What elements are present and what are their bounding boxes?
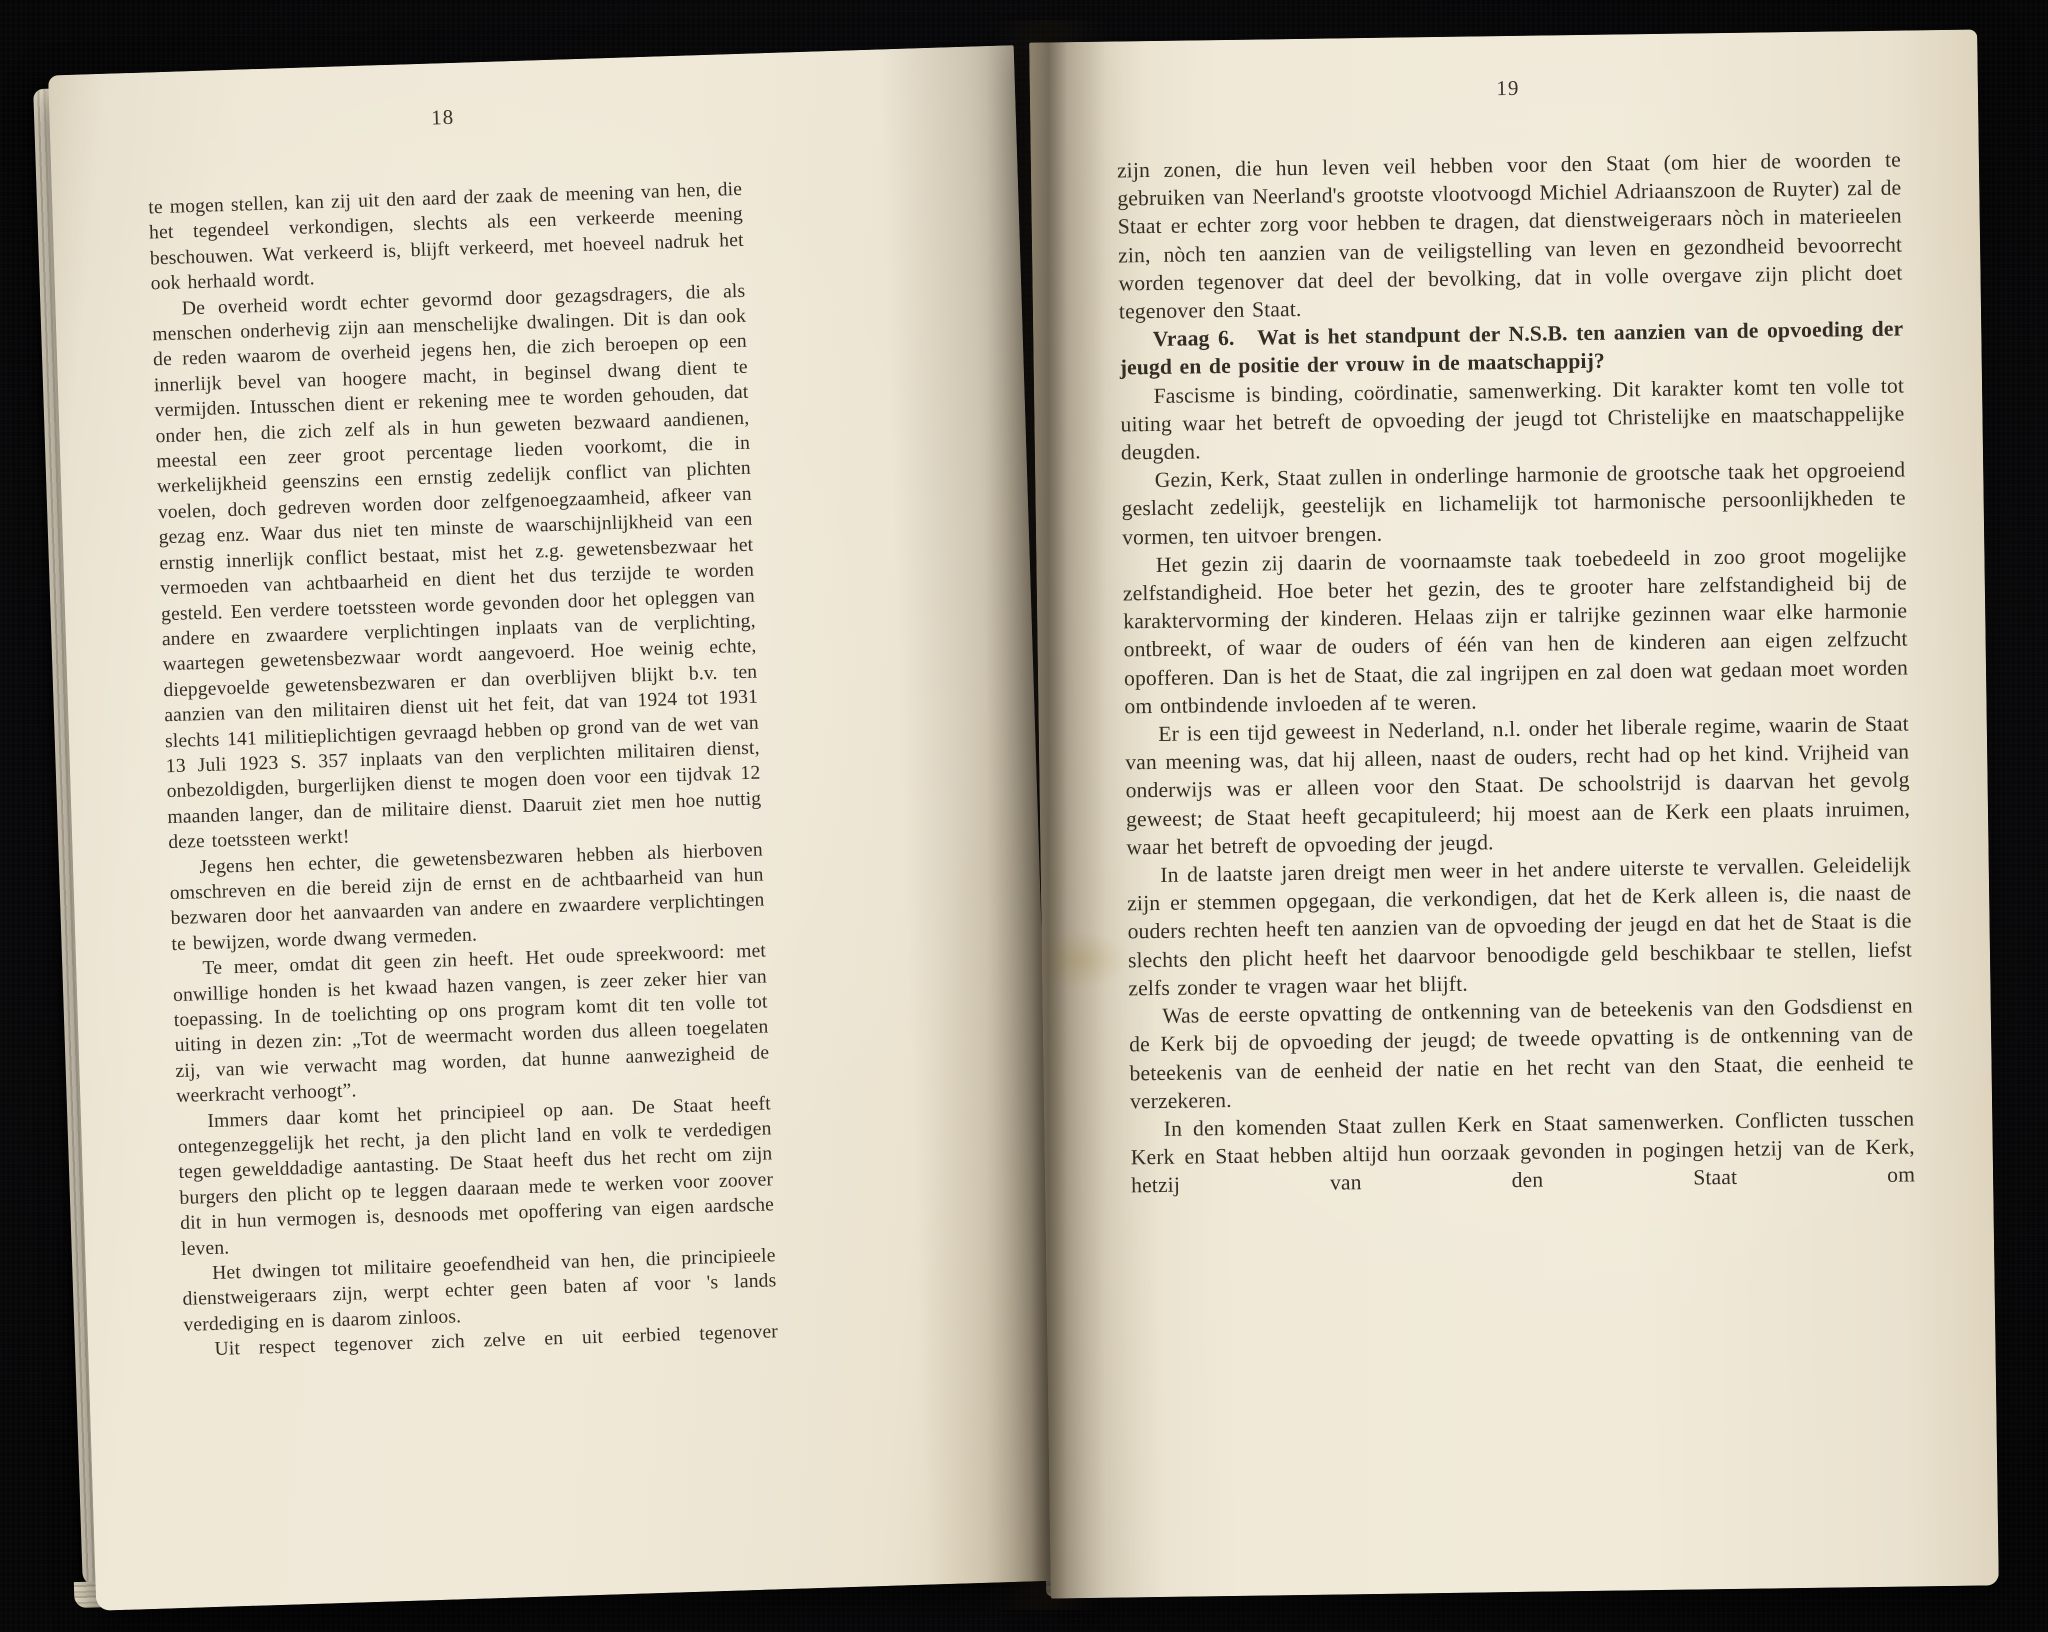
paragraph: In de laatste jaren dreigt men weer in h…	[1127, 851, 1913, 1003]
paragraph: Fascisme is binding, coördinatie, samenw…	[1120, 371, 1905, 467]
page-19: 19 zijn zonen, die hun leven veil hebben…	[1029, 29, 1999, 1598]
paragraph: Jegens hen echter, die gewetensbezwaren …	[169, 837, 766, 957]
paragraph: zijn zonen, die hun leven veil hebben vo…	[1117, 146, 1903, 326]
page-18: 18 te mogen stellen, kan zij uit den aar…	[48, 45, 1062, 1611]
question-number-label: Vraag 6.	[1153, 326, 1235, 351]
paragraph: te mogen stellen, kan zij uit den aard d…	[148, 177, 745, 297]
paragraph: Immers daar komt het principieel op aan.…	[177, 1091, 775, 1262]
page-18-text-column: te mogen stellen, kan zij uit den aard d…	[148, 177, 778, 1364]
paragraph: In den komenden Staat zullen Kerk en Sta…	[1130, 1104, 1915, 1200]
question-heading-text: Wat is het standpunt der N.S.B. ten aanz…	[1120, 317, 1904, 380]
paragraph: Was de eerste opvatting de ontkenning va…	[1129, 992, 1914, 1116]
paragraph: Het gezin zij daarin de voornaamste taak…	[1122, 540, 1908, 720]
page-number-left: 18	[145, 96, 739, 140]
paragraph: Er is een tijd geweest in Nederland, n.l…	[1125, 710, 1911, 862]
paragraph: Te meer, omdat dit geen zin heeft. Het o…	[172, 939, 770, 1110]
paragraph: De overheid wordt echter gevormd door ge…	[151, 278, 762, 855]
paragraph: Gezin, Kerk, Staat zullen in onderlinge …	[1121, 456, 1906, 552]
page-19-text-column: zijn zonen, die hun leven veil hebben vo…	[1117, 146, 1915, 1200]
book-photo: 18 te mogen stellen, kan zij uit den aar…	[0, 0, 2048, 1632]
page-number-right: 19	[1116, 71, 1900, 107]
